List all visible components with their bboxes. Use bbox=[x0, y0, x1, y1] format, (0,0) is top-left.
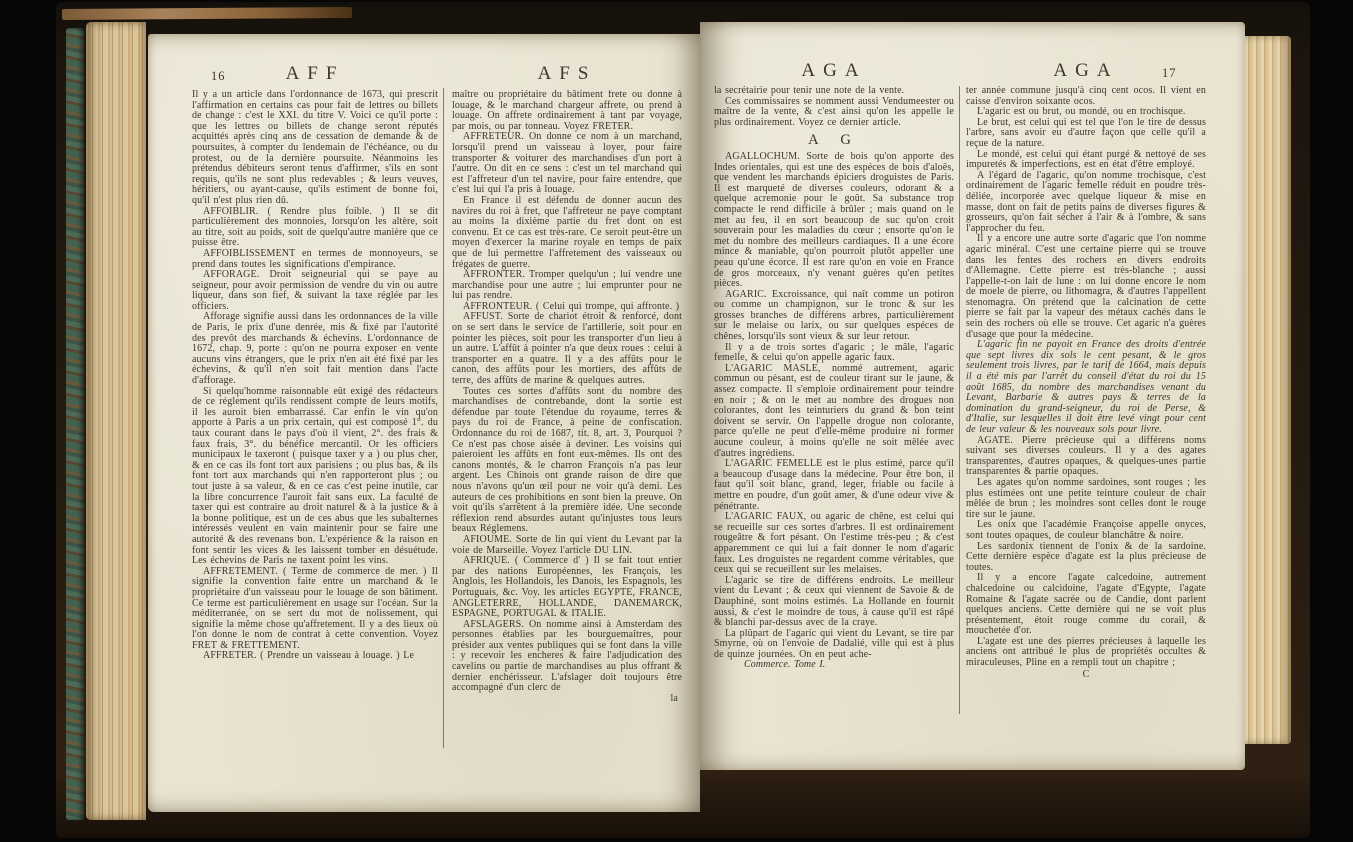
entry-paragraph: L'agaric se tire de différens endroits. … bbox=[714, 576, 954, 629]
entry-paragraph: L'agate est une des pierres précieuses à… bbox=[966, 637, 1206, 669]
entry-paragraph: Le mondé, est celui qui étant purgé & ne… bbox=[966, 150, 1206, 171]
entry-paragraph: L'AGARIC FEMELLE est le plus estimé, par… bbox=[714, 459, 954, 512]
signature-mark: C bbox=[966, 670, 1206, 681]
entry-paragraph: AFFOIBLISSEMENT en termes de monnoyeurs,… bbox=[192, 249, 438, 270]
entry-paragraph: Les onix que l'académie Françoise appell… bbox=[966, 520, 1206, 541]
entry-paragraph: Le brut, est celui qui est tel que l'on … bbox=[966, 118, 1206, 150]
text-column-1: Il y a un article dans l'ordonnance de 1… bbox=[192, 90, 438, 758]
entry-paragraph: AFFRETEUR. On donne ce nom à un marchand… bbox=[452, 132, 682, 196]
signature-line: Commerce. Tome I. bbox=[714, 660, 954, 671]
entry-paragraph: Ces commissaires se nomment aussi Vendum… bbox=[714, 97, 954, 129]
left-page-fore-edge bbox=[86, 22, 146, 820]
entry-paragraph: AFSLAGERS. On nomme ainsi à Amsterdam de… bbox=[452, 620, 682, 694]
entry-paragraph: Il y a un article dans l'ordonnance de 1… bbox=[192, 90, 438, 207]
entry-paragraph: AFFRETER. ( Prendre un vaisseau à louage… bbox=[192, 651, 438, 662]
entry-paragraph: En France il est défendu de donner aucun… bbox=[452, 196, 682, 270]
left-page: 16 AFF AFS Il y a un article dans l'ordo… bbox=[148, 34, 700, 812]
entry-paragraph: L'AGARIC MASLE, nommé autrement, agaric … bbox=[714, 364, 954, 459]
entry-paragraph: La plûpart de l'agaric qui vient du Leva… bbox=[714, 629, 954, 661]
entry-paragraph: AFFRETEMENT. ( Terme de commerce de mer.… bbox=[192, 567, 438, 652]
running-head-aff: AFF bbox=[192, 63, 438, 85]
right-page-fore-edge bbox=[1245, 36, 1291, 744]
section-heading: A G bbox=[714, 135, 954, 146]
entry-paragraph: AFFOIBLIR. ( Rendre plus foible. ) Il se… bbox=[192, 207, 438, 249]
text-column-2: maître ou propriétaire du bâtiment frete… bbox=[452, 90, 682, 768]
column-rule bbox=[443, 88, 444, 748]
entry-paragraph: L'agaric fin ne payoit en France des dro… bbox=[966, 340, 1206, 435]
entry-paragraph: AGARIC. Excroissance, qui naît comme un … bbox=[714, 290, 954, 343]
photo-backdrop: { "colors": { "backdrop": "#060606", "le… bbox=[0, 0, 1353, 842]
catchword: la bbox=[452, 694, 682, 705]
entry-paragraph: AFFORAGE. Droit seigneurial qui se paye … bbox=[192, 270, 438, 312]
entry-paragraph: Afforage signifie aussi dans les ordonna… bbox=[192, 312, 438, 386]
entry-paragraph: Il y a encore l'agate calcedoine, autrem… bbox=[966, 573, 1206, 637]
entry-paragraph: Les agates qu'on nomme sardoines, sont r… bbox=[966, 478, 1206, 520]
text-column-3: la secrétairie pour tenir une note de la… bbox=[714, 86, 954, 746]
entry-paragraph: Il y a de trois sortes d'agaric ; le mâl… bbox=[714, 343, 954, 364]
entry-paragraph: AFIOUME. Sorte de lin qui vient du Levan… bbox=[452, 535, 682, 556]
entry-paragraph: maître ou propriétaire du bâtiment frete… bbox=[452, 90, 682, 132]
right-page: 17 AGA AGA la secrétairie pour tenir une… bbox=[700, 22, 1245, 770]
entry-paragraph: AFFUST. Sorte de chariot étroit & renfor… bbox=[452, 312, 682, 386]
book-top-board-edge bbox=[62, 7, 352, 20]
text-column-4: ter année commune jusqu'à cinq cent ocos… bbox=[966, 86, 1206, 746]
entry-paragraph: Toutes ces sortes d'affûts sont du nombr… bbox=[452, 387, 682, 535]
entry-paragraph: Si quelqu'homme raisonnable eût exigé de… bbox=[192, 387, 438, 567]
entry-paragraph: AFFRONTER. Tromper quelqu'un ; lui vendr… bbox=[452, 270, 682, 302]
running-head-afs: AFS bbox=[452, 63, 682, 85]
entry-paragraph: A l'égard de l'agaric, qu'on nomme troch… bbox=[966, 171, 1206, 235]
entry-paragraph: Il y a encore une autre sorte d'agaric q… bbox=[966, 234, 1206, 340]
entry-paragraph: AGALLOCHUM. Sorte de bois qu'on apporte … bbox=[714, 152, 954, 290]
entry-paragraph: AFRIQUE. ( Commerce d' ) Il se fait tout… bbox=[452, 556, 682, 620]
book: 16 AFF AFS Il y a un article dans l'ordo… bbox=[56, 2, 1310, 838]
column-rule bbox=[959, 86, 960, 714]
running-head-aga-2: AGA bbox=[966, 60, 1206, 82]
entry-paragraph: Les sardonix tiennent de l'onix & de la … bbox=[966, 542, 1206, 574]
entry-paragraph: AGATE. Pierre précieuse qui a différens … bbox=[966, 436, 1206, 478]
entry-paragraph: ter année commune jusqu'à cinq cent ocos… bbox=[966, 86, 1206, 107]
entry-paragraph: L'AGARIC FAUX, ou agaric de chêne, est c… bbox=[714, 512, 954, 576]
marbled-board-edge bbox=[66, 28, 84, 820]
entry-paragraph: la secrétairie pour tenir une note de la… bbox=[714, 86, 954, 97]
running-head-aga-1: AGA bbox=[714, 60, 954, 82]
